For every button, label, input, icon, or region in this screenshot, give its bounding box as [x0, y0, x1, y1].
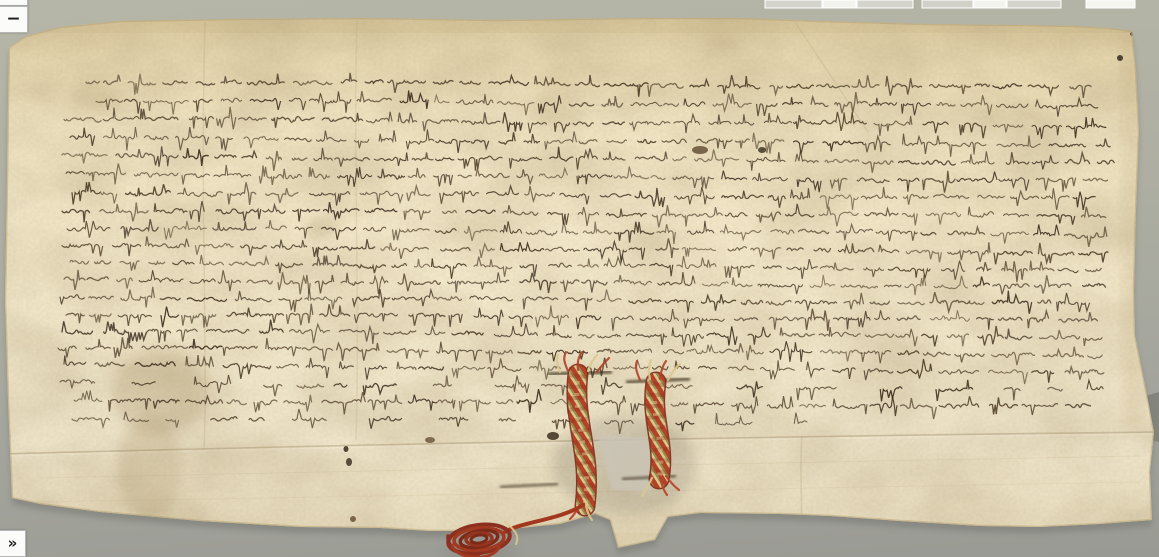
calibration-strip	[765, 0, 1135, 8]
zoom-out-button[interactable]: −	[0, 6, 28, 33]
calibration-block	[857, 0, 913, 8]
document-canvas[interactable]	[0, 0, 1159, 557]
calibration-block	[922, 0, 973, 8]
calibration-block	[1086, 0, 1135, 8]
calibration-block	[1007, 0, 1061, 8]
calibration-block	[765, 0, 822, 8]
sidebar-expand-button[interactable]: »	[0, 530, 26, 557]
calibration-block	[974, 0, 1006, 8]
calibration-block	[823, 0, 856, 8]
viewer-root: − »	[0, 0, 1159, 557]
